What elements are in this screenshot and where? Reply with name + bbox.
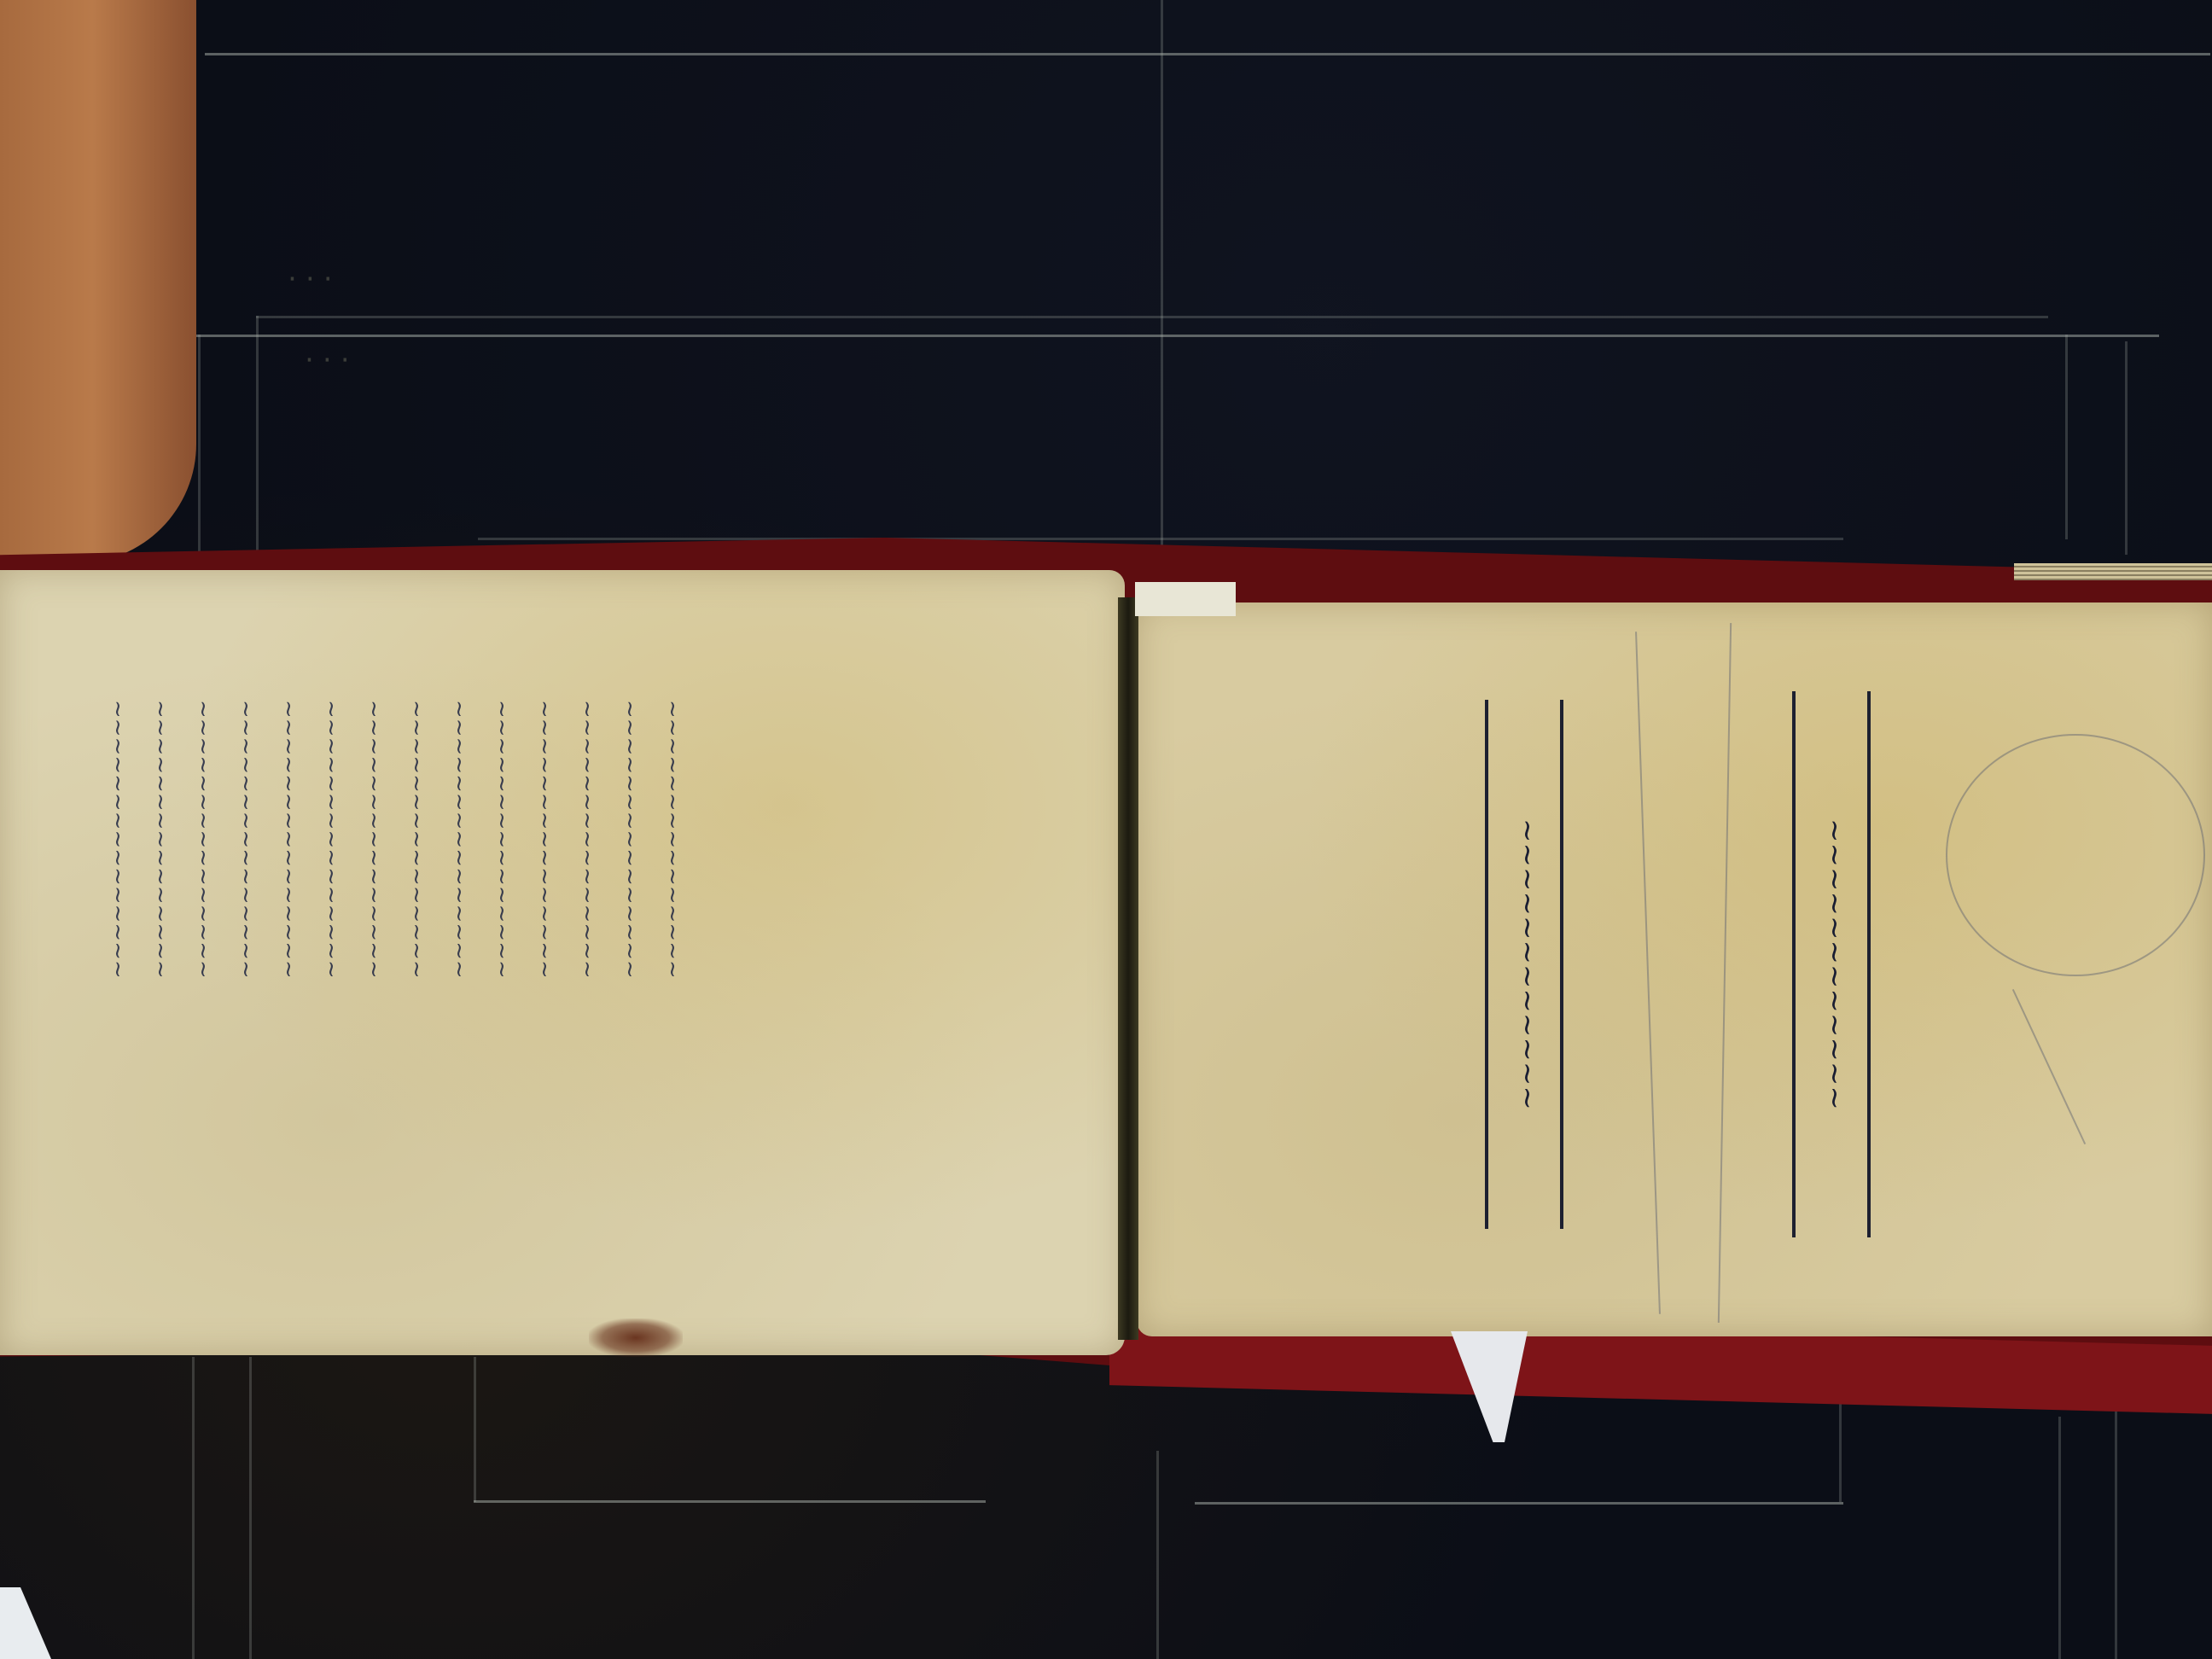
text-line: ~~~~~~~~~~~~~~~ [444, 700, 474, 1263]
hand-finger [0, 0, 196, 563]
text-line: ~~~~~~~~~~~~~~~ [145, 700, 176, 1263]
chalk-line [2115, 1400, 2117, 1659]
book-gutter [1118, 597, 1138, 1340]
text-line: ~~~~~~~~~~~~~~~ [486, 700, 517, 1263]
chalk-line [1156, 1451, 1159, 1659]
chalk-line [196, 335, 2159, 337]
text-line: ~~~~~~~~~~~~~~~ [358, 700, 389, 1263]
chalk-line [2058, 1417, 2061, 1659]
chalk-line [474, 1357, 476, 1502]
text-line: ~~~~~~~~~~~~~~~ [401, 700, 432, 1263]
chalk-line [2125, 341, 2128, 555]
pencil-sketch-circle [1946, 734, 2205, 976]
chalk-line [205, 53, 2210, 55]
text-line: ~~~~~~~~~~~~~~~ [529, 700, 560, 1263]
photo-scene: ··· ··· ~~~~~~~~~~~~~~~ ~~~~~~~~~~~~~~~ … [0, 0, 2212, 1659]
page-stain [589, 1318, 683, 1357]
chalk-line [198, 335, 201, 556]
text-line: ~~~~~~~~~~~~~~~ [273, 700, 304, 1263]
text-line: ~~~~~~~~~~~~~~~ [657, 700, 688, 1263]
text-line: ~~~~~~~~~~~~~~~ [614, 700, 645, 1263]
chalk-line [2065, 335, 2068, 539]
text-line: ~~~~~~~~~~~~~~~ [230, 700, 261, 1263]
chalk-line [256, 316, 2048, 318]
chalk-line [1839, 1400, 1842, 1502]
chalk-line [474, 1500, 986, 1503]
ruled-heading-box: ~~~~~~~~~~~~ [1485, 700, 1563, 1229]
board-marking: ··· [282, 265, 335, 293]
board-marking: ··· [299, 346, 352, 374]
page-stack-edge [2014, 563, 2212, 580]
text-line: ~~~~~~~~~~~~~~~ [102, 700, 133, 1263]
text-line: ~~~~~~~~~~~~~~~ [316, 700, 346, 1263]
chalk-line [249, 1357, 252, 1659]
left-page-text: ~~~~~~~~~~~~~~~ ~~~~~~~~~~~~~~~ ~~~~~~~~… [102, 700, 1058, 1263]
paper-tab-top [1135, 582, 1236, 616]
heading-text: ~~~~~~~~~~~~ [1495, 700, 1553, 1229]
heading-text: ~~~~~~~~~~~~ [1802, 691, 1860, 1237]
chalk-line [1195, 1502, 1843, 1505]
text-line: ~~~~~~~~~~~~~~~ [572, 700, 602, 1263]
chalk-line [1161, 0, 1163, 580]
chalk-line [256, 316, 259, 555]
ruled-heading-box: ~~~~~~~~~~~~ [1792, 691, 1871, 1237]
chalk-line [192, 1357, 195, 1659]
text-line: ~~~~~~~~~~~~~~~ [188, 700, 218, 1263]
